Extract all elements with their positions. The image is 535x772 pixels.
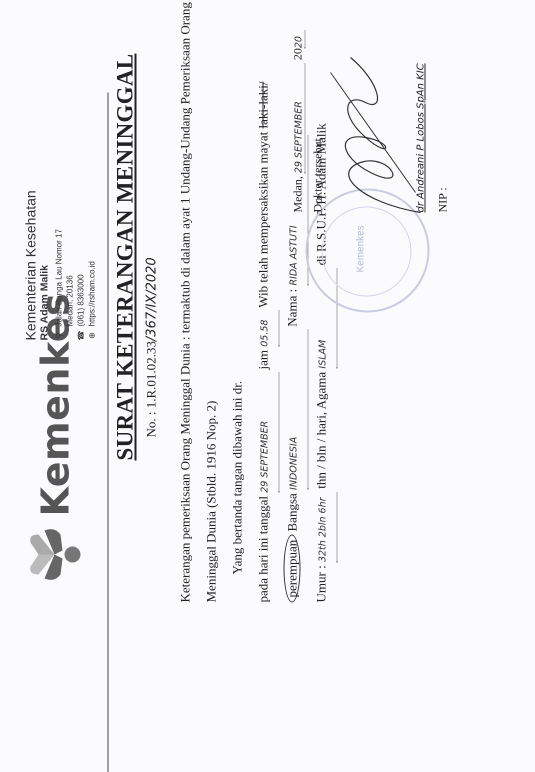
document-page: Kemenkes Kementerian Kesehatan RS Adam M… [0, 0, 535, 772]
sign-date-field: 29 SEPTEMBER [293, 63, 305, 173]
website-line: ⊕https://rsham.co.id [86, 190, 97, 340]
date-field: 29 SEPTEMBER [252, 372, 279, 492]
doctor-name: dr Andreani P Lobos SpAn KIC [415, 63, 426, 212]
gender-selected: perempuan [283, 534, 300, 602]
paragraph-1-line-1: Keterangan pemeriksaan Orang Meninggal D… [172, 0, 198, 602]
date-line: pada hari ini tanggal 29 SEPTEMBER jam 0… [250, 0, 279, 602]
place-date: Medan, 29 SEPTEMBER 2020 [290, 30, 305, 212]
header-divider [107, 92, 108, 772]
letterhead: Kemenkes Kementerian Kesehatan RS Adam M… [0, 0, 100, 772]
nip-label: NIP : [435, 187, 450, 212]
address-line: ⚲Jalan Bunga Lau Nomor 17 [53, 190, 64, 340]
handwritten-signature [320, 52, 430, 232]
signature-block: Kemenkes Medan, 29 SEPTEMBER 2020 Dokter… [290, 2, 490, 332]
paragraph-2: Yang bertanda tangan dibawah ini dr. [224, 0, 250, 602]
paragraph-1-line-2: Meninggal Dunia (Stbld. 1916 Nop. 2) [198, 0, 224, 602]
phone-line: ☎(061) 8363000 [75, 190, 86, 340]
time-field: 05.58 [252, 310, 279, 346]
handwritten-number: /367/IX/2020 [144, 257, 159, 341]
ministry-name: Kementerian Kesehatan [22, 190, 38, 340]
document-title: SURAT KETERANGAN MENINGGAL [112, 53, 138, 460]
phone-icon: ☎ [75, 330, 86, 340]
web-icon: ⊕ [86, 330, 97, 340]
document-number: No. : 1.R.01.02.33/367/IX/2020 [143, 257, 159, 437]
city-line: Medan, 20136 [64, 190, 75, 340]
nation-field: INDONESIA [281, 329, 308, 489]
hospital-info: Kementerian Kesehatan RS Adam Malik ⚲Jal… [22, 190, 97, 340]
location-icon: ⚲ [53, 330, 64, 340]
kemenkes-logo-icon [28, 526, 82, 582]
hospital-name: RS Adam Malik [38, 190, 50, 340]
gender-struck: laki-laki/ [255, 81, 270, 128]
age-field: 32th 2bln 6hr [310, 492, 337, 562]
